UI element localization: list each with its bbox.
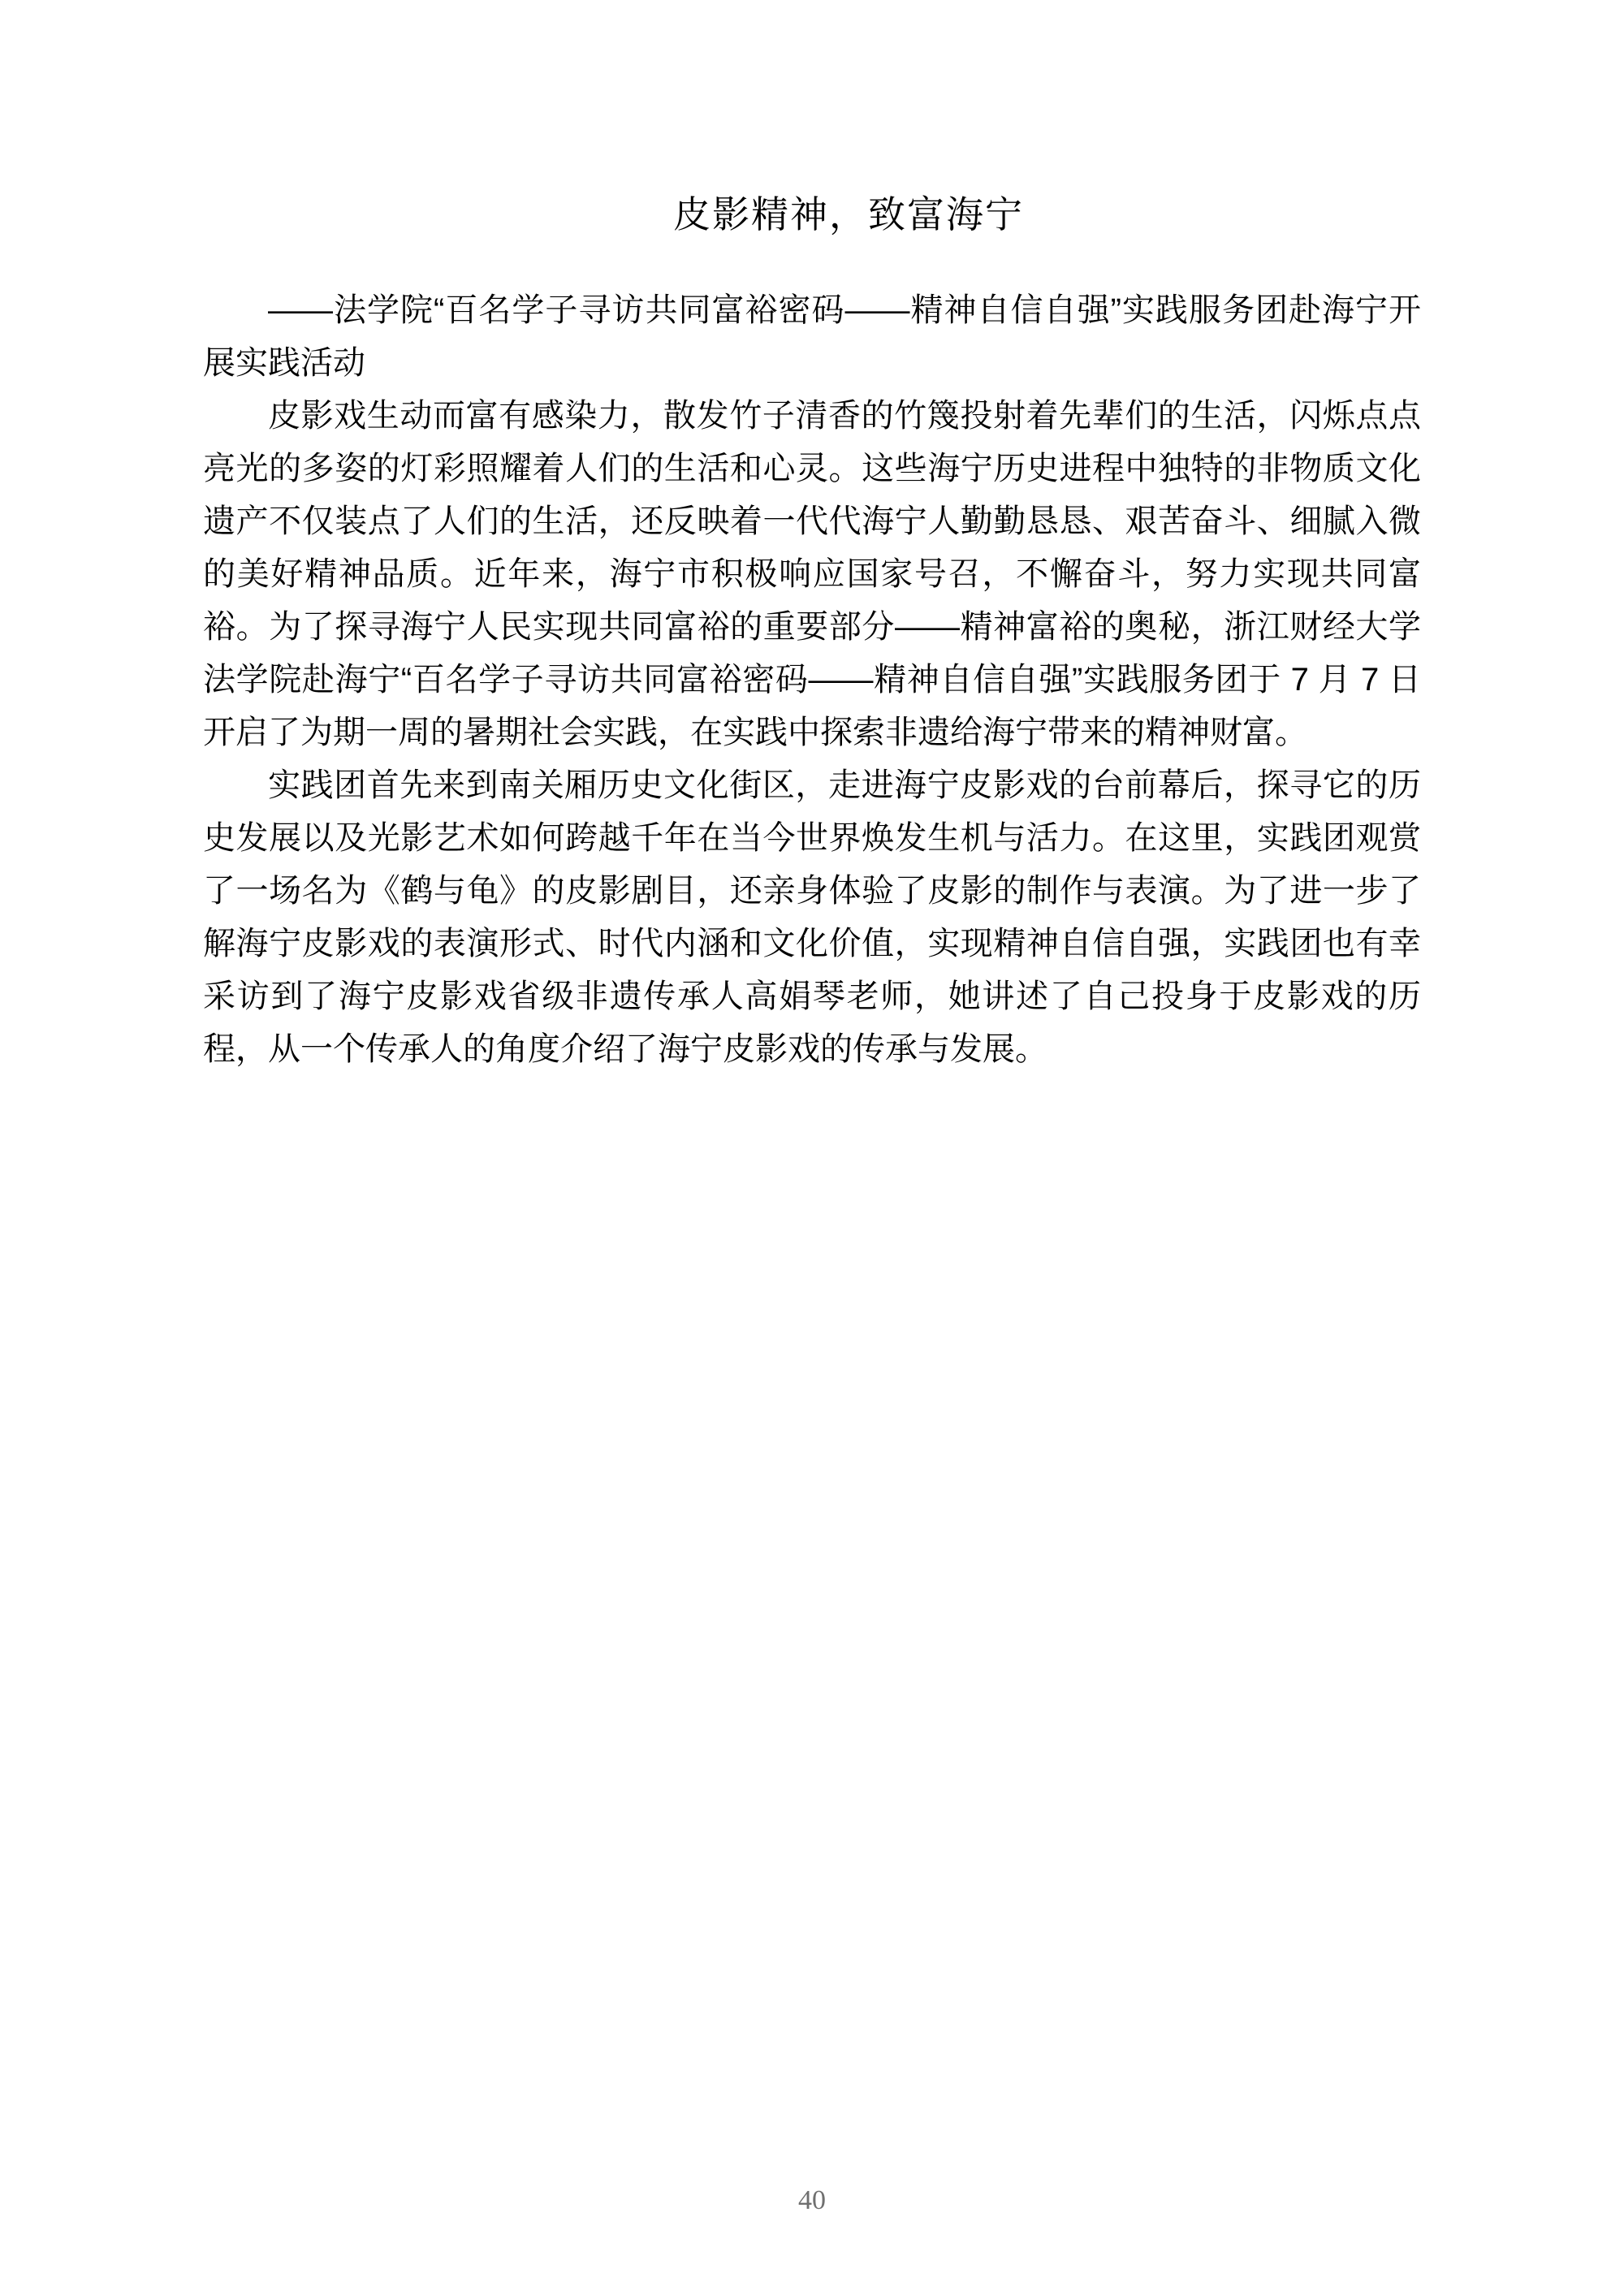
document-page: 皮影精神，致富海宁 ——法学院“百名学子寻访共同富裕密码——精神自信自强”实践服… [0, 0, 1624, 2290]
document-body: ——法学院“百名学子寻访共同富裕密码——精神自信自强”实践服务团赴海宁开展实践活… [203, 284, 1421, 1076]
body-paragraph-1: 皮影戏生动而富有感染力，散发竹子清香的竹篾投射着先辈们的生活，闪烁点点亮光的多姿… [203, 390, 1421, 759]
body-paragraph-2: 实践团首先来到南关厢历史文化街区，走进海宁皮影戏的台前幕后，探寻它的历史发展以及… [203, 759, 1421, 1076]
byline-paragraph: ——法学院“百名学子寻访共同富裕密码——精神自信自强”实践服务团赴海宁开展实践活… [203, 284, 1421, 390]
page-number: 40 [0, 2186, 1624, 2215]
page-title: 皮影精神，致富海宁 [0, 193, 1624, 235]
